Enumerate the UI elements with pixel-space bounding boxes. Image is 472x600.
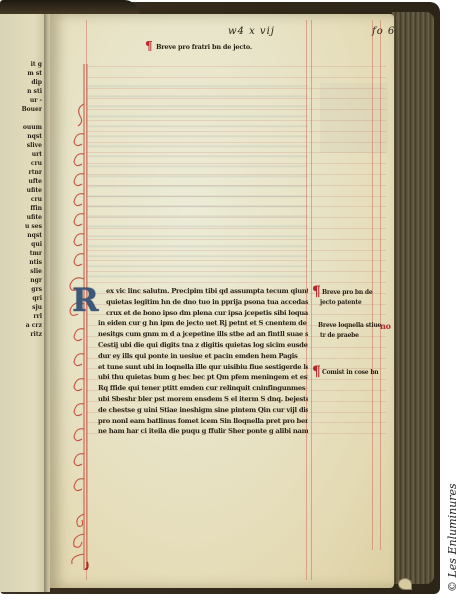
text-line: ubi thu quietas bum g bec bec pt Qm pfem… <box>98 372 308 383</box>
verso-text-fragment: ur - <box>0 96 42 105</box>
margin-note: Breve loqnella stiue <box>318 322 381 329</box>
copyright-credit: © Les Enluminures <box>446 483 459 592</box>
text-line: in eiden cur g hn ipm de jecto uet Rj pe… <box>98 318 308 329</box>
verso-text-fragment: cru <box>0 195 42 204</box>
verso-text-fragment: qri <box>0 294 42 303</box>
manuscript-photo: it gm stdipn stiur -Bouerouumnqstsliveur… <box>0 0 472 600</box>
text-line: et tune sunt ubi in loqnella ille qur ui… <box>98 362 308 373</box>
main-text-block: ex vic linc salutm. Precipim tibi qd ass… <box>98 286 308 437</box>
verso-text-fragment: ntis <box>0 258 42 267</box>
verso-text-fragment: tmr <box>0 249 42 258</box>
verso-text-fragment: ufte <box>0 177 42 186</box>
verso-text-fragment: qui <box>0 240 42 249</box>
text-line: quietas legitim hn de dno tuo in pprija … <box>98 297 308 308</box>
folio-number: fo 6 <box>372 26 395 37</box>
text-line: crux et de bono ipso dm plena cur ipsa j… <box>98 308 308 319</box>
verso-text-fragment: slie <box>0 267 42 276</box>
verso-text-fragment: ufite <box>0 186 42 195</box>
margin-note: Breve pro bn de <box>322 289 373 296</box>
text-line: de chestse g uini Stiae ineshigm sine pi… <box>98 405 308 416</box>
verso-text-fragment: it g <box>0 60 42 69</box>
paragraph-mark: ¶ <box>145 39 153 53</box>
verso-text-fragment: urt <box>0 150 42 159</box>
text-line: ne ham har ci iteila die puqu g ffulir S… <box>98 426 308 437</box>
margin-paragraph-mark: ¶ <box>312 284 321 300</box>
verso-text-fragment <box>0 114 42 123</box>
verso-text-fragment: nqst <box>0 132 42 141</box>
verso-text-fragment: Bouer <box>0 105 42 114</box>
verso-text-fragment: m st <box>0 69 42 78</box>
verso-text-fragment: ufite <box>0 213 42 222</box>
verso-text-fragment: n sti <box>0 87 42 96</box>
verso-text-fragment: grs <box>0 285 42 294</box>
verso-text-fragment: cru <box>0 159 42 168</box>
verso-text-fragment: dip <box>0 78 42 87</box>
running-number: w4 x vij <box>228 26 275 37</box>
text-line: nesitgs cum gnm m d a jcepetine ills stb… <box>98 329 308 340</box>
verso-text-fragment: rtnr <box>0 168 42 177</box>
verso-text-fragment: ngr <box>0 276 42 285</box>
text-line: Rq ffide qui tener ptitt emden cur relin… <box>98 383 308 394</box>
verso-text-fragment: nqst <box>0 231 42 240</box>
show-through-text <box>88 78 308 278</box>
verso-text-fragment: sju <box>0 303 42 312</box>
verso-text-fragment: ritz <box>0 330 42 339</box>
verso-text-fragment: ouum <box>0 123 42 132</box>
text-line: ubi Sbeshr bler pst morem ensdem S el it… <box>98 394 308 405</box>
text-line: ex vic linc salutm. Precipim tibi qd ass… <box>98 286 308 297</box>
verso-text-fragment: a crz <box>0 321 42 330</box>
text-line: dur ey ills qui ponte in uesiue et pacin… <box>98 351 308 362</box>
margin-note: Comist in cose bn <box>322 369 378 376</box>
verso-text-fragment: ffin <box>0 204 42 213</box>
verso-text-fragment: rrl <box>0 312 42 321</box>
margin-note: tr de praebe <box>320 332 359 339</box>
page-stack-edge <box>392 12 434 584</box>
ruling-line <box>86 282 386 283</box>
text-line: pro nonl eam batlinus fomet icem Sin llo… <box>98 416 308 427</box>
ruling-line <box>311 20 312 580</box>
margin-note: jecto patente <box>320 299 362 306</box>
rubric-heading: Breve pro fratri bn de jecto. <box>156 43 252 51</box>
margin-paragraph-mark: ¶ <box>312 364 321 380</box>
show-through-margin <box>320 83 388 153</box>
ruling-line <box>86 66 386 67</box>
verso-text-fragments: it gm stdipn stiur -Bouerouumnqstsliveur… <box>0 60 42 339</box>
text-line: Cestij ubi die qui digits tna z digitis … <box>98 340 308 351</box>
verso-text-fragment: u ses <box>0 222 42 231</box>
page-corner-curl <box>398 578 412 590</box>
verso-text-fragment: slive <box>0 141 42 150</box>
margin-annotation: no <box>380 321 391 331</box>
